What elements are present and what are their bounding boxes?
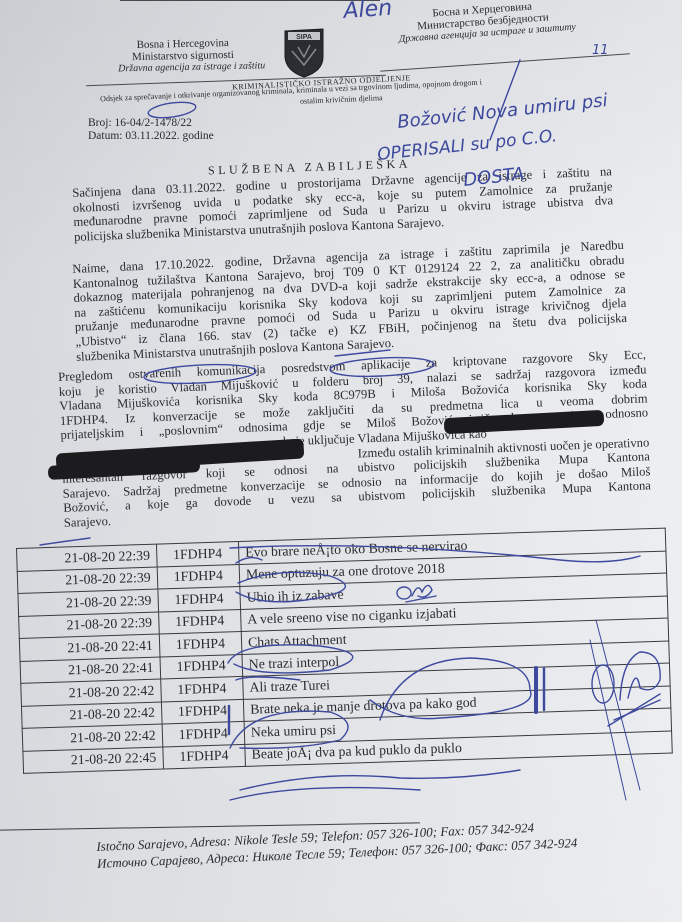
paragraph-2: Naime, dana 17.10.2022. godine, Državna …	[72, 238, 628, 364]
user-code-cell: 1FDHP4	[162, 744, 245, 769]
department-subtitle-cont: ostalim krivičnim djelima	[300, 93, 383, 106]
handwritten-top-name: Alen	[341, 0, 393, 24]
document-date: Datum: 03.11.2022. godine	[88, 130, 214, 143]
header-rule-right	[380, 53, 629, 71]
user-code-cell: 1FDHP4	[158, 586, 241, 611]
user-code-cell: 1FDHP4	[161, 699, 244, 724]
paragraph-3: Pregledom ostvarenih komunikacija posred…	[58, 347, 652, 530]
handwritten-note-line1: Božović Nova umiru psi	[396, 90, 608, 133]
user-code-cell: 1FDHP4	[160, 654, 243, 679]
user-code-cell: 1FDHP4	[158, 609, 241, 634]
timestamp-cell: 21-08-20 22:45	[23, 746, 163, 773]
header-left-latin: Bosna i Hercegovina Ministarstvo sigurno…	[118, 37, 249, 76]
header-right-cyrillic: Босна и Херцеговина Министарство безбјед…	[397, 0, 569, 46]
header-top-rule	[120, 0, 380, 1]
user-code-cell: 1FDHP4	[156, 542, 239, 567]
user-code-cell: 1FDHP4	[160, 676, 243, 701]
chat-log-table: 21-08-20 22:391FDHP4Evo brare neÅ¡to oko…	[16, 528, 673, 774]
user-code-cell: 1FDHP4	[157, 564, 240, 589]
document-meta: Broj: 16-04/2-1478/22 Datum: 03.11.2022.…	[88, 117, 214, 143]
footer-address: Istočno Sarajevo, Adresa: Nikole Tesle 5…	[96, 817, 578, 872]
user-code-cell: 1FDHP4	[159, 631, 242, 656]
user-code-cell: 1FDHP4	[162, 721, 245, 746]
svg-text:SIPA: SIPA	[296, 34, 312, 41]
header-agency: Državna agencija za istrage i zaštitu	[118, 61, 248, 76]
sipa-shield-logo-icon: SIPA	[282, 27, 326, 79]
paragraph-1: Sačinjena dana 03.11.2022. godine u pros…	[72, 164, 614, 244]
document-number: Broj: 16-04/2-1478/22	[88, 117, 214, 130]
scanned-document-page: Bosna i Hercegovina Ministarstvo sigurno…	[0, 0, 682, 922]
